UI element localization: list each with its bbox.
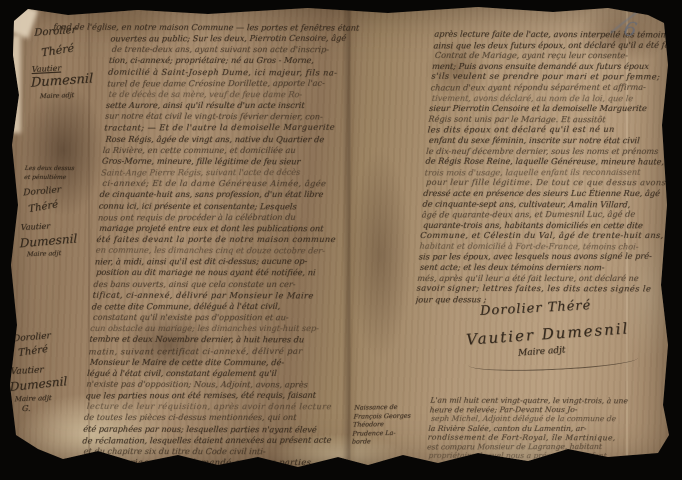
manuscript-line: mariage projeté entre eux et dont les pu… bbox=[99, 223, 350, 235]
margin-signature: Théré bbox=[33, 34, 120, 60]
manuscript-line: des bans ouverts, ainsi que cela constat… bbox=[93, 279, 344, 290]
manuscript-line: sieur Pierrotin Censoire et la demoisell… bbox=[429, 103, 676, 114]
manuscript-line: Contrat de Mariage, ayant reçu leur cons… bbox=[434, 50, 681, 61]
manuscript-line: connu ici, ici présente et consentante; … bbox=[98, 200, 349, 212]
manuscript-line: tion, ci-annexé; propriétaire; né au Gro… bbox=[108, 55, 359, 66]
right-page-act1-text: après lecture faite de l'acte, avons int… bbox=[415, 29, 680, 304]
manuscript-line: le dix-neuf décembre dernier, sous les n… bbox=[426, 146, 673, 157]
manuscript-line: savoir signer; lettres faites, les dits … bbox=[416, 283, 663, 294]
page-edge-highlight bbox=[8, 35, 21, 133]
manuscript-line: turel de feue dame Créosine Dorillette, … bbox=[107, 77, 358, 89]
manuscript-line: lecture de leur réquisition, après avoir… bbox=[86, 401, 337, 413]
manuscript-line: Saint-Ange Pierre Régis, suivant l'acte … bbox=[101, 167, 352, 179]
manuscript-line: dressé acte en présence des sieurs Luc É… bbox=[423, 188, 670, 199]
manuscript-line: la Rivière, en cette commune, et domicil… bbox=[102, 145, 353, 156]
torn-corner-highlight bbox=[4, 1, 39, 38]
manuscript-line: de trente-deux ans, ayant suivant son ac… bbox=[111, 44, 362, 56]
manuscript-line: de Régis Rose Reine, laquelle Généreuse,… bbox=[425, 156, 672, 167]
manuscript-line: nous ont requis de procéder à la célébra… bbox=[98, 211, 349, 223]
margin-signature: Maire adjt bbox=[30, 89, 118, 100]
manuscript-line: Rose Régis, âgée de vingt ans, native du… bbox=[105, 133, 356, 145]
manuscript-line: position au dit mariage ne nous ayant ét… bbox=[96, 267, 347, 279]
manuscript-line: enfant du sexe féminin, inscrite sur not… bbox=[428, 135, 675, 146]
manuscript-line: la Rivière Salée, canton du Lamentin, ar… bbox=[428, 424, 671, 433]
manuscript-line: de cinquante-huit ans, sans profession, … bbox=[99, 189, 350, 200]
margin-signature: Maire adjt bbox=[19, 248, 105, 259]
manuscript-line: s'ils veulent se prendre pour mari et po… bbox=[431, 71, 678, 82]
manuscript-line: més, après qu'il leur a été fait lecture… bbox=[417, 273, 664, 284]
manuscript-line: de réclamation, lesquelles étaient annex… bbox=[82, 434, 333, 446]
manuscript-line: légué à l'état civil, constatant égaleme… bbox=[87, 368, 338, 379]
right-page-act2-text: L'an mil huit cent vingt-quatre, le ving… bbox=[425, 396, 672, 470]
manuscript-line: sette Aurore, ainsi qu'il résulte d'un a… bbox=[105, 100, 356, 111]
manuscript-line: te de décès de sa mère, veuf de feue dam… bbox=[108, 89, 359, 101]
margin-note-line: borde bbox=[352, 437, 423, 447]
signature-flourish bbox=[468, 349, 639, 375]
margin-signature: Les deux dessus bbox=[25, 165, 103, 172]
manuscript-line: tembre et deux Novembre dernier, à huit … bbox=[89, 334, 340, 346]
signature-vautier-dumesnil: Vautier Dumesnil bbox=[466, 319, 630, 348]
manuscript-line: été paraphées par nous; lesquelles parti… bbox=[83, 423, 334, 435]
manuscript-line: ci-annexé; Et de la dame Généreuse Aimée… bbox=[102, 178, 353, 190]
manuscript-line: de toutes les pièces ci-dessus mentionné… bbox=[84, 412, 335, 423]
scan-background: DorolierThéréVautierDumesnilMaire adjtLe… bbox=[0, 0, 682, 480]
manuscript-line: âgé de quarante-deux ans, et Dumesnil Lu… bbox=[421, 209, 668, 220]
manuscript-line: Commune, et Célestin du Val, âgé de tren… bbox=[420, 230, 667, 241]
manuscript-line: après lecture faite de l'acte, avons int… bbox=[434, 29, 681, 40]
margin-signature: et pénultième bbox=[24, 174, 102, 181]
manuscript-line: ainsi que les deux futurs époux, ont déc… bbox=[433, 39, 680, 50]
manuscript-line: constatant qu'il n'existe pas d'oppositi… bbox=[93, 312, 344, 324]
manuscript-line: tulé du Mariage. Avons demandé aux dites… bbox=[80, 457, 331, 468]
manuscript-line: cun obstacle au mariage; les dimanches v… bbox=[90, 323, 341, 334]
margin-signature: Maire adjt bbox=[8, 393, 92, 404]
manuscript-line: chacun d'eux ayant répondu séparément et… bbox=[430, 82, 677, 93]
manuscript-line: été faites devant la porte de notre mais… bbox=[96, 234, 347, 245]
manuscript-line: Gros-Morne, mineure, fille légitime de f… bbox=[101, 155, 352, 167]
manuscript-line: de cette dite Commune, délégué à l'état … bbox=[91, 301, 342, 313]
manuscript-line: sent acte; et les deux témoins derniers … bbox=[420, 262, 667, 273]
manuscript-line: domicilié à Saint-Joseph Dume, ici majeu… bbox=[108, 66, 359, 78]
manuscript-line: Monsieur le Maire de cette dite Commune,… bbox=[89, 357, 340, 369]
manuscript-line: du sexe masculin, à l'effigie de l'état bbox=[425, 460, 668, 469]
manuscript-line: les dits époux ont déclaré qu'il est né … bbox=[427, 124, 674, 135]
manuscript-line: tivement, avons déclaré, au nom de la lo… bbox=[431, 92, 678, 103]
manuscript-line: seph Michel, Adjoint délégué de la commu… bbox=[431, 414, 674, 424]
act2-margin-note: Naissance deFrançois GeorgesThéodorePrud… bbox=[351, 403, 424, 446]
manuscript-line: tractant; — Et de l'autre la demoiselle … bbox=[104, 122, 355, 134]
manuscript-line: pour leur fille légitime. De tout ce que… bbox=[426, 177, 673, 188]
left-page-text: fond de l'église, en notre maison Commun… bbox=[80, 22, 361, 468]
manuscript-line: sis par les époux, avec lesquels nous av… bbox=[418, 251, 665, 262]
manuscript-line: propriétaire, lequel nous a présenté un … bbox=[428, 451, 671, 461]
manuscript-line: matin, suivant certificat ci-annexé, dél… bbox=[88, 345, 339, 357]
manuscript-line: tificat, ci-annexé, délivré par Monsieur… bbox=[92, 289, 343, 301]
manuscript-spread: DorolierThéréVautierDumesnilMaire adjtLe… bbox=[8, 5, 671, 468]
manuscript-line: et du chapitre six du titre du Code civi… bbox=[83, 446, 334, 458]
manuscript-line: quarante-trois ans, habitants domiciliés… bbox=[423, 220, 670, 231]
